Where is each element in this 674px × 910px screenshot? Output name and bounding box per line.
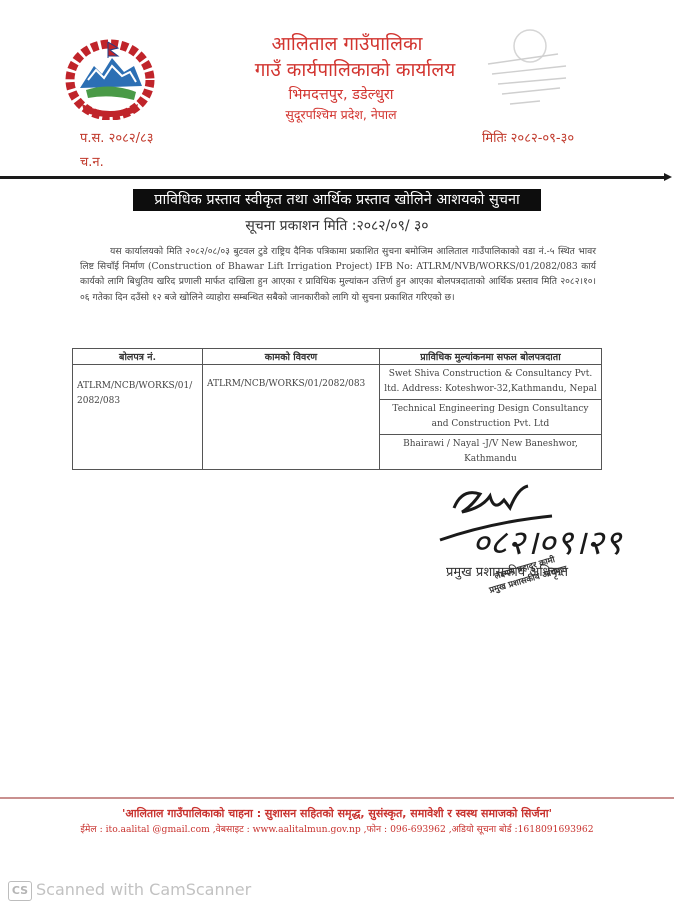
footer-slogan: 'आलिताल गाउँपालिकाको चाहना : सुशासन सहित… [0, 806, 674, 821]
table-header-row: बोलपत्र नं. कामको विवरण प्राविधिक मुल्या… [73, 349, 602, 365]
office-name: गाउँ कार्यपालिकाको कार्यालय [18, 56, 674, 82]
camscanner-logo-icon: CS [8, 881, 32, 901]
bidders-table: बोलपत्र नं. कामको विवरण प्राविधिक मुल्या… [72, 348, 602, 470]
bidder-cell: Bhairawi / Nayal -J/V New Baneshwor, Kat… [379, 435, 601, 470]
notice-body: यस कार्यालयको मिति २०८२/०८/०३ बुटवल टुडे… [80, 244, 596, 305]
header-bid-number: बोलपत्र नं. [73, 349, 203, 365]
letter-date: मितिः २०८२-०९-३० [482, 128, 574, 146]
publication-date: सूचना प्रकाशन मिति :२०८२/०९/ ३० [0, 216, 674, 235]
notice-title: प्राविधिक प्रस्ताव स्वीकृत तथा आर्थिक प्… [133, 189, 541, 211]
footer-divider [0, 797, 674, 799]
patra-sankhya: प.स. २०८२/८३ [80, 128, 154, 146]
scanner-watermark: Scanned with CamScanner [36, 880, 251, 899]
footer-contact: ईमेल : ito.aalital @gmail.com ,वेबसाइट :… [0, 822, 674, 835]
province-name: सुदूरपश्चिम प्रदेश, नेपाल [4, 106, 674, 123]
org-name: आलिताल गाउँपालिका [10, 30, 674, 56]
office-location: भिमदत्तपुर, डडेल्धुरा [4, 84, 674, 104]
bid-number-cell: ATLRM/NCB/WORKS/01/2082/083 [73, 365, 203, 470]
table-row: ATLRM/NCB/WORKS/01/2082/083 ATLRM/NCB/WO… [73, 365, 602, 400]
signature-icon: ०८२।०९।२९ [432, 478, 642, 564]
bidder-cell: Swet Shiva Construction & Consultancy Pv… [379, 365, 601, 400]
header-divider [0, 176, 668, 179]
chalani-number: च.न. [80, 152, 104, 170]
divider-arrow-icon [664, 173, 672, 181]
header-successful-bidders: प्राविधिक मुल्यांकनमा सफल बोलपत्रदाता [379, 349, 601, 365]
bidder-cell: Technical Engineering Design Consultancy… [379, 400, 601, 435]
header-work-description: कामको विवरण [202, 349, 379, 365]
work-description-cell: ATLRM/NCB/WORKS/01/2082/083 [202, 365, 379, 470]
